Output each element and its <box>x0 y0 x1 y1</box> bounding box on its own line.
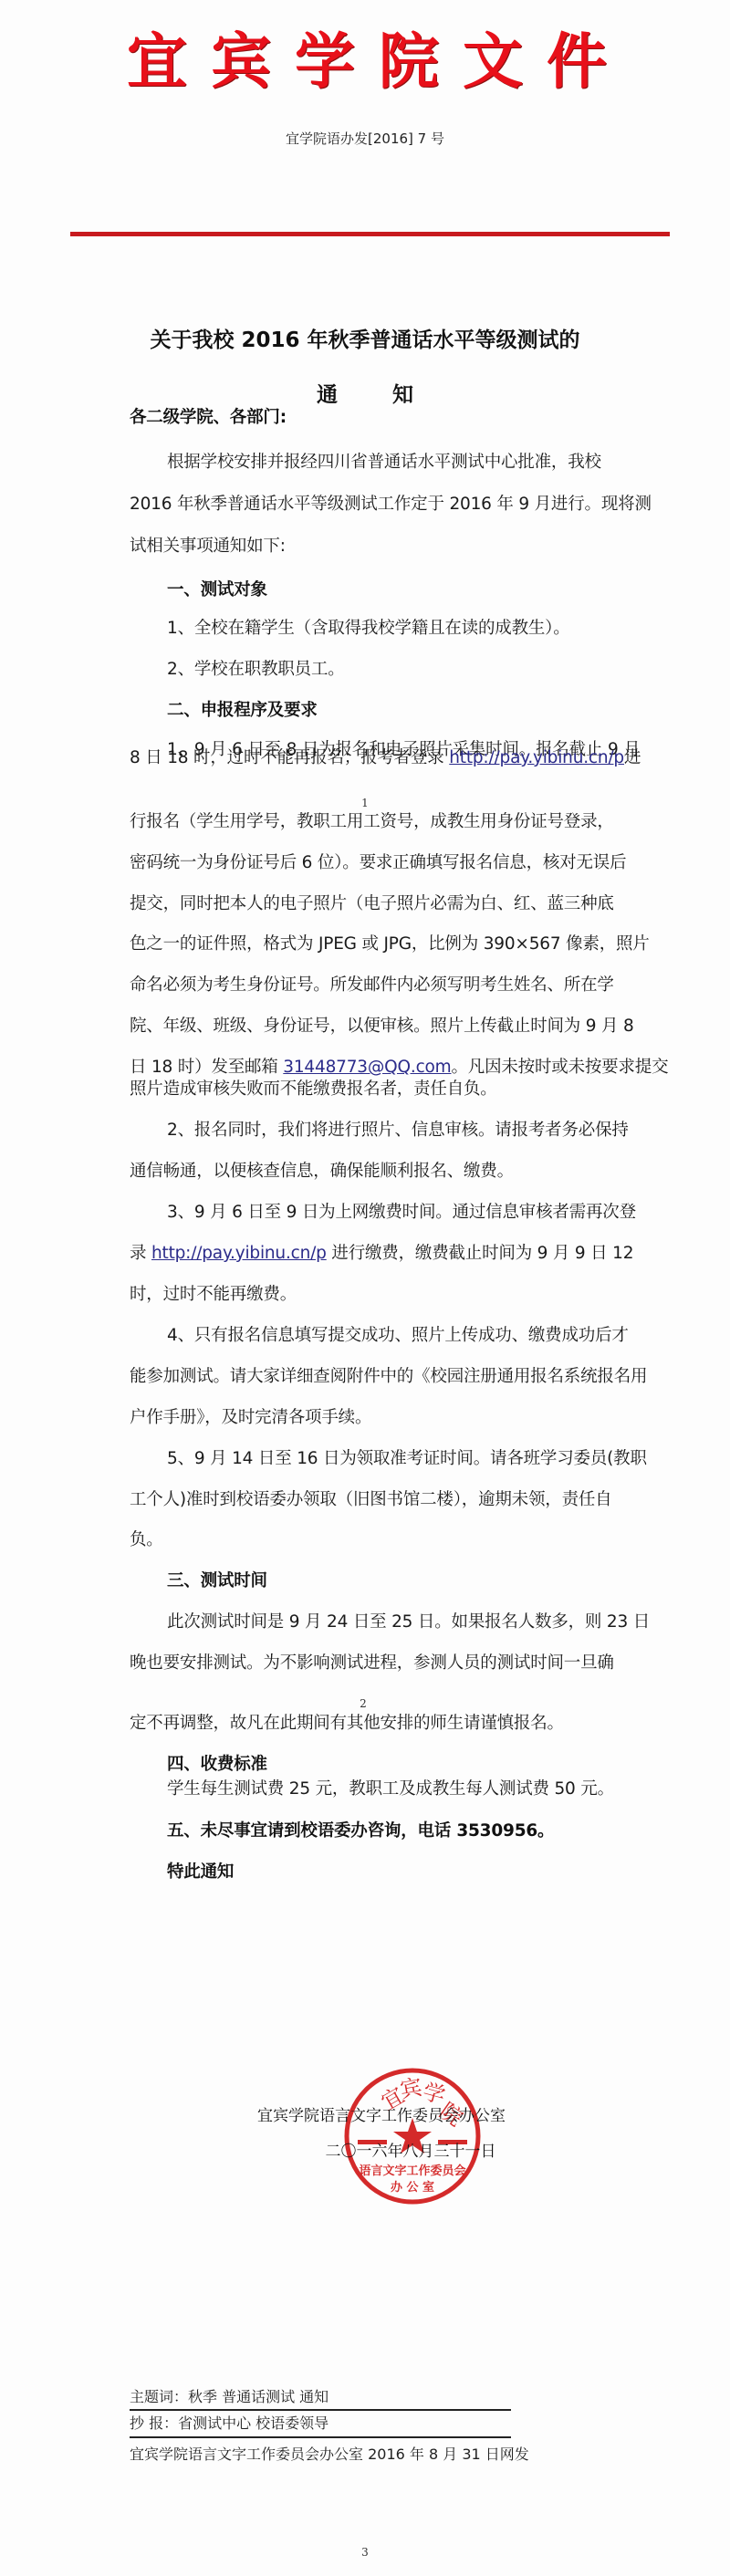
masthead-char: 学 <box>295 20 351 102</box>
signature-date: 二〇一六年八月三十一日 <box>46 2142 730 2162</box>
body-line: 密码统一为身份证号后 6 位）。要求正确填写报名信息，核对无误后 <box>130 852 663 874</box>
closing-text: 特此通知 <box>167 1862 701 1883</box>
section-heading-5: 五、未尽事宜请到校语委办咨询，电话 3530956。 <box>167 1820 701 1842</box>
registration-link[interactable]: http://pay.yibinu.cn/p <box>449 748 624 767</box>
text: 进行缴费，缴费截止时间为 9 月 9 日 12 <box>327 1244 634 1263</box>
svg-text:学: 学 <box>420 2079 447 2109</box>
masthead-char: 文 <box>463 20 519 102</box>
body-line: 4、只有报名信息填写提交成功、照片上传成功、缴费成功后才 <box>167 1325 701 1347</box>
body-line: 2、学校在职教职员工。 <box>167 659 701 681</box>
body-line: 8 日 18 时，过时不能再报名；报考者登录 http://pay.yibinu… <box>130 747 663 769</box>
notice-title: 关于我校 2016 年秋季普通话水平等级测试的 <box>0 327 730 354</box>
body-line: 录 http://pay.yibinu.cn/p 进行缴费，缴费截止时间为 9 … <box>130 1243 663 1265</box>
text: 日 18 时）发至邮箱 <box>130 1058 283 1077</box>
issued-line: 宜宾学院语言文字工作委员会办公室 2016 年 8 月 31 日网发 <box>130 2445 511 2465</box>
red-divider <box>70 232 670 236</box>
body-line: 定不再调整，故凡在此期间有其他安排的师生请谨慎报名。 <box>130 1713 663 1735</box>
keywords-line: 主题词：秋季 普通话测试 通知 <box>130 2387 511 2407</box>
page-number: 1 <box>0 797 730 809</box>
section-heading-2: 二、申报程序及要求 <box>167 700 701 722</box>
page-number: 3 <box>0 2546 730 2559</box>
official-seal-icon: 宜 宾 学 院 语言文字工作委员会 办 公 室 <box>343 2067 482 2206</box>
text: 。凡因未按时或未按要求提交 <box>451 1058 668 1077</box>
body-line: 此次测试时间是 9 月 24 日至 25 日。如果报名人数多，则 23 日 <box>167 1611 701 1633</box>
body-line: 命名必须为考生身份证号。所发邮件内必须写明考生姓名、所在学 <box>130 975 663 996</box>
masthead-char: 宾 <box>211 20 267 102</box>
svg-text:办 公 室: 办 公 室 <box>391 2180 434 2195</box>
body-line: 色之一的证件照，格式为 JPEG 或 JPG，比例为 390×567 像素，照片 <box>130 933 663 955</box>
body-line: 时，过时不能再缴费。 <box>130 1284 663 1306</box>
body-line: 晚也要安排测试。为不影响测试进程，参测人员的测试时间一旦确 <box>130 1653 663 1674</box>
document-masthead: 宜 宾 学 院 文 件 <box>0 20 730 102</box>
body-line: 1、全校在籍学生（含取得我校学籍且在读的成教生）。 <box>167 618 701 640</box>
signature-org: 宜宾学院语言文字工作委员会办公室 <box>16 2106 730 2126</box>
masthead-char: 件 <box>547 20 603 102</box>
body-line: 2、报名同时，我们将进行照片、信息审核。请报考者务必保持 <box>167 1120 701 1142</box>
footer-divider <box>130 2409 511 2411</box>
body-line: 根据学校安排并报经四川省普通话水平测试中心批准，我校 <box>167 452 701 474</box>
footer-divider <box>130 2436 511 2438</box>
body-line: 日 18 时）发至邮箱 31448773@QQ.com。凡因未按时或未按要求提交 <box>130 1057 663 1079</box>
page-number: 2 <box>0 1697 728 1710</box>
salutation: 各二级学院、各部门: <box>130 407 663 429</box>
text: 进 <box>624 748 641 767</box>
text: 录 <box>130 1244 151 1263</box>
masthead-char: 院 <box>379 20 435 102</box>
document-number: 宜学院语办发[2016] 7 号 <box>0 130 730 148</box>
body-line: 户作手册》，及时完清各项手续。 <box>130 1407 663 1429</box>
text: 8 日 18 时，过时不能再报名；报考者登录 <box>130 748 449 767</box>
svg-text:宾: 宾 <box>398 2074 423 2103</box>
body-line: 照片造成审核失败而不能缴费报名者，责任自负。 <box>130 1079 663 1100</box>
svg-text:语言文字工作委员会: 语言文字工作委员会 <box>359 2164 465 2178</box>
payment-link[interactable]: http://pay.yibinu.cn/p <box>151 1244 327 1263</box>
email-link[interactable]: 31448773@QQ.com <box>283 1058 451 1077</box>
body-line: 工个人)准时到校语委办领取（旧图书馆二楼），逾期未领，责任自 <box>130 1489 663 1511</box>
body-line: 负。 <box>130 1529 663 1551</box>
body-line: 5、9 月 14 日至 16 日为领取准考证时间。请各班学习委员(教职 <box>167 1448 701 1470</box>
section-heading-3: 三、测试时间 <box>167 1570 701 1592</box>
cc-line: 抄 报：省测试中心 校语委领导 <box>130 2414 511 2434</box>
body-line: 提交，同时把本人的电子照片（电子照片必需为白、红、蓝三种底 <box>130 893 663 915</box>
body-line: 学生每生测试费 25 元，教职工及成教生每人测试费 50 元。 <box>167 1778 701 1800</box>
body-line: 试相关事项通知如下: <box>130 536 663 558</box>
notice-title-sub: 通知 <box>0 381 730 409</box>
section-heading-4: 四、收费标准 <box>167 1754 701 1776</box>
body-line: 能参加测试。请大家详细查阅附件中的《校园注册通用报名系统报名用 <box>130 1366 663 1388</box>
section-heading-1: 一、测试对象 <box>167 579 701 601</box>
body-line: 通信畅通，以便核查信息，确保能顺利报名、缴费。 <box>130 1161 663 1183</box>
body-line: 行报名（学生用学号，教职工用工资号，成教生用身份证号登录， <box>130 811 663 833</box>
body-line: 2016 年秋季普通话水平等级测试工作定于 2016 年 9 月进行。现将测 <box>130 494 663 516</box>
masthead-char: 宜 <box>127 20 183 102</box>
body-line: 3、9 月 6 日至 9 日为上网缴费时间。通过信息审核者需再次登 <box>167 1202 701 1224</box>
body-line: 院、年级、班级、身份证号，以便审核。照片上传截止时间为 9 月 8 <box>130 1016 663 1038</box>
